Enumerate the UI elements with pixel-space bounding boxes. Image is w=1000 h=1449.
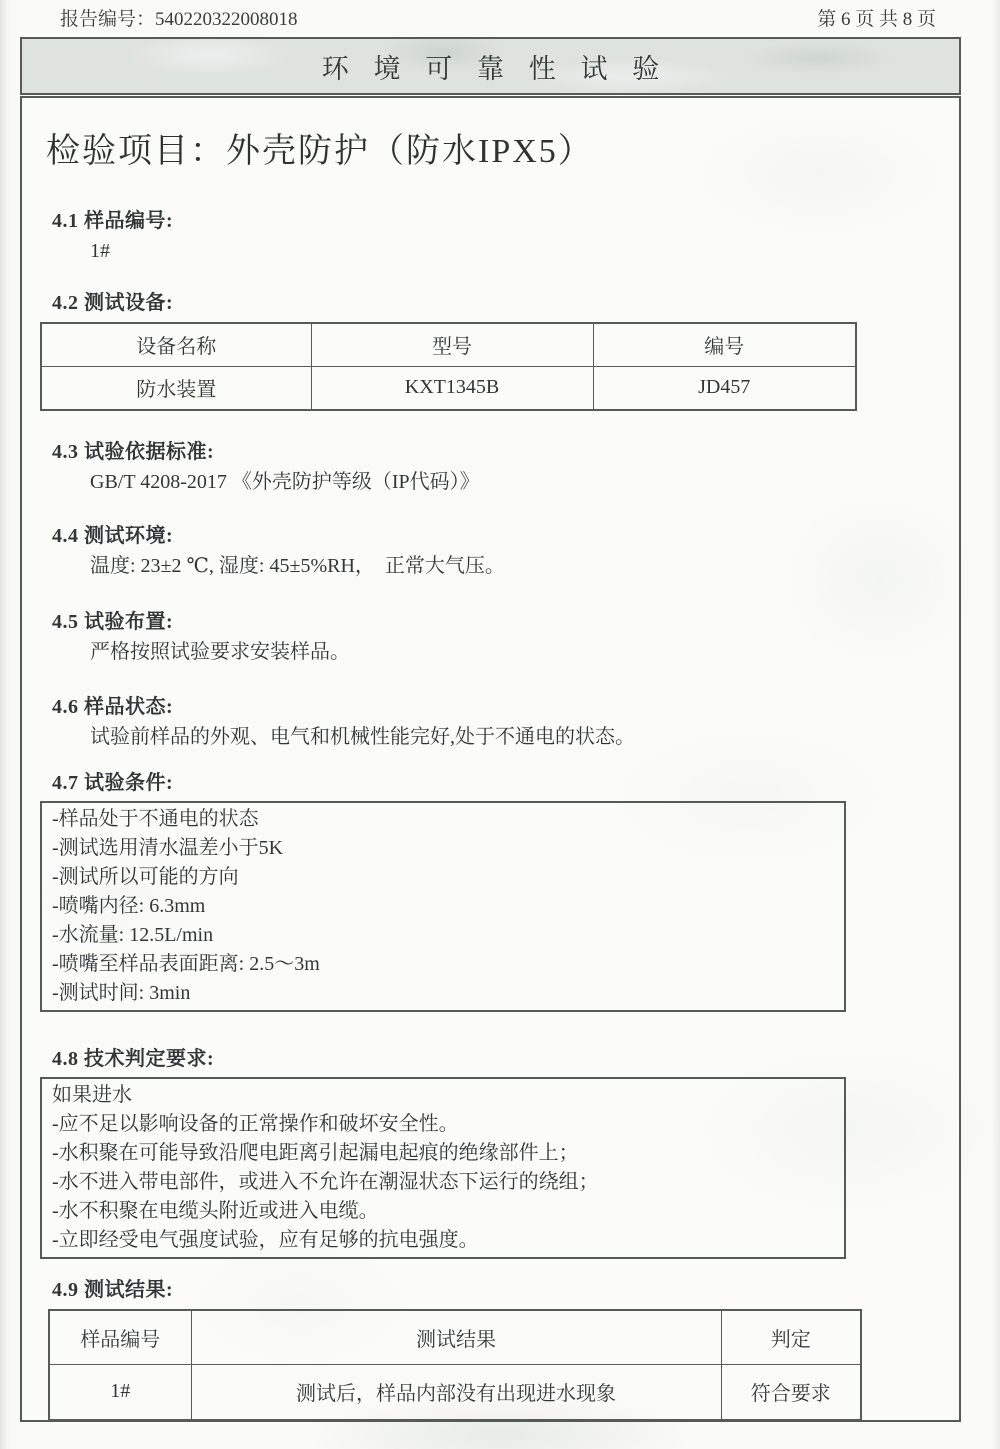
equipment-model-cell: KXT1345B <box>311 366 593 410</box>
section-4-9: 4.9 测试结果: 样品编号 测试结果 判定 1# 测试后，样品内部没有出现进水… <box>22 1275 959 1421</box>
report-number-value: 540220322008018 <box>155 9 298 30</box>
result-text-cell: 测试后，样品内部没有出现进水现象 <box>191 1364 721 1420</box>
section-4-4-body: 温度: 23±2 ℃, 湿度: 45±5%RH， 正常大气压。 <box>90 551 959 581</box>
equipment-table: 设备名称 型号 编号 防水装置 KXT1345B JD457 <box>40 322 857 411</box>
section-4-1-label: 4.1 样品编号: <box>52 206 959 236</box>
requirement-line: -立即经受电气强度试验，应有足够的抗电强度。 <box>52 1226 834 1255</box>
requirement-line: -应不足以影响设备的正常操作和破坏安全性。 <box>52 1110 834 1139</box>
scanned-report-page: { "header": { "report_label": "报告编号：", "… <box>0 0 1000 1449</box>
title-band: 环 境 可 靠 性 试 验 <box>20 37 961 95</box>
requirement-line: -水积聚在可能导致沿爬电距离引起漏电起痕的绝缘部件上； <box>52 1139 834 1168</box>
condition-line: -喷嘴至样品表面距离: 2.5～3m <box>52 950 834 979</box>
section-4-1: 4.1 样品编号: 1# <box>22 206 959 266</box>
equipment-name-cell: 防水装置 <box>41 366 311 410</box>
section-4-5-label: 4.5 试验布置: <box>52 607 959 637</box>
equipment-serial-cell: JD457 <box>593 366 856 410</box>
report-number-label: 报告编号： <box>60 9 155 30</box>
section-4-3-body: GB/T 4208-2017 《外壳防护等级（IP代码）》 <box>90 467 959 497</box>
section-4-5: 4.5 试验布置: 严格按照试验要求安装样品。 <box>22 607 959 667</box>
result-table-row: 1# 测试后，样品内部没有出现进水现象 符合要求 <box>49 1364 861 1420</box>
result-table: 样品编号 测试结果 判定 1# 测试后，样品内部没有出现进水现象 符合要求 <box>48 1309 862 1421</box>
section-4-2: 4.2 测试设备: 设备名称 型号 编号 防水装置 KXT1345B JD457 <box>22 288 959 411</box>
section-4-6: 4.6 样品状态: 试验前样品的外观、电气和机械性能完好,处于不通电的状态。 <box>22 692 959 752</box>
inspection-item-heading: 检验项目：外壳防护（防水IPX5） <box>46 130 959 174</box>
section-4-1-body: 1# <box>90 236 959 266</box>
section-4-7-label: 4.7 试验条件: <box>52 768 959 798</box>
page-header: 报告编号：540220322008018 第 6 页 共 8 页 <box>0 8 1000 32</box>
result-table-header-row: 样品编号 测试结果 判定 <box>49 1310 861 1364</box>
section-4-3: 4.3 试验依据标准: GB/T 4208-2017 《外壳防护等级（IP代码）… <box>22 437 959 497</box>
section-4-4: 4.4 测试环境: 温度: 23±2 ℃, 湿度: 45±5%RH， 正常大气压… <box>22 521 959 581</box>
section-4-6-body: 试验前样品的外观、电气和机械性能完好,处于不通电的状态。 <box>90 722 959 752</box>
report-number: 报告编号：540220322008018 <box>60 8 298 32</box>
section-4-6-label: 4.6 样品状态: <box>52 692 959 722</box>
equipment-table-header-name: 设备名称 <box>41 323 311 366</box>
requirement-line: 如果进水 <box>52 1081 834 1110</box>
result-table-header-sample: 样品编号 <box>49 1310 191 1364</box>
section-4-8: 4.8 技术判定要求: 如果进水 -应不足以影响设备的正常操作和破坏安全性。 -… <box>22 1044 959 1259</box>
document-title: 环 境 可 靠 性 试 验 <box>313 47 669 86</box>
equipment-table-header-serial: 编号 <box>593 323 856 366</box>
condition-line: -样品处于不通电的状态 <box>52 805 834 834</box>
condition-line: -水流量: 12.5L/min <box>52 921 834 950</box>
condition-line: -测试所以可能的方向 <box>52 863 834 892</box>
test-conditions-box: -样品处于不通电的状态 -测试选用清水温差小于5K -测试所以可能的方向 -喷嘴… <box>40 801 846 1012</box>
requirement-line: -水不进入带电部件，或进入不允许在潮湿状态下运行的绕组； <box>52 1168 834 1197</box>
result-judgement-cell: 符合要求 <box>721 1364 861 1420</box>
result-table-header-judgement: 判定 <box>721 1310 861 1364</box>
section-4-4-label: 4.4 测试环境: <box>52 521 959 551</box>
page-indicator: 第 6 页 共 8 页 <box>817 8 936 32</box>
section-4-8-label: 4.8 技术判定要求: <box>52 1044 959 1074</box>
condition-line: -测试选用清水温差小于5K <box>52 834 834 863</box>
result-table-header-result: 测试结果 <box>191 1310 721 1364</box>
section-4-2-label: 4.2 测试设备: <box>52 288 959 318</box>
result-sample-cell: 1# <box>49 1364 191 1420</box>
requirement-line: -水不积聚在电缆头附近或进入电缆。 <box>52 1197 834 1226</box>
equipment-table-row: 防水装置 KXT1345B JD457 <box>41 366 856 410</box>
equipment-table-header-row: 设备名称 型号 编号 <box>41 323 856 366</box>
equipment-table-header-model: 型号 <box>311 323 593 366</box>
content-box: 检验项目：外壳防护（防水IPX5） 4.1 样品编号: 1# 4.2 测试设备:… <box>20 96 961 1422</box>
condition-line: -测试时间: 3min <box>52 979 834 1008</box>
section-4-7: 4.7 试验条件: -样品处于不通电的状态 -测试选用清水温差小于5K -测试所… <box>22 768 959 1012</box>
condition-line: -喷嘴内径: 6.3mm <box>52 892 834 921</box>
section-4-3-label: 4.3 试验依据标准: <box>52 437 959 467</box>
section-4-9-label: 4.9 测试结果: <box>52 1275 959 1305</box>
judgement-requirements-box: 如果进水 -应不足以影响设备的正常操作和破坏安全性。 -水积聚在可能导致沿爬电距… <box>40 1077 846 1259</box>
section-4-5-body: 严格按照试验要求安装样品。 <box>90 637 959 667</box>
